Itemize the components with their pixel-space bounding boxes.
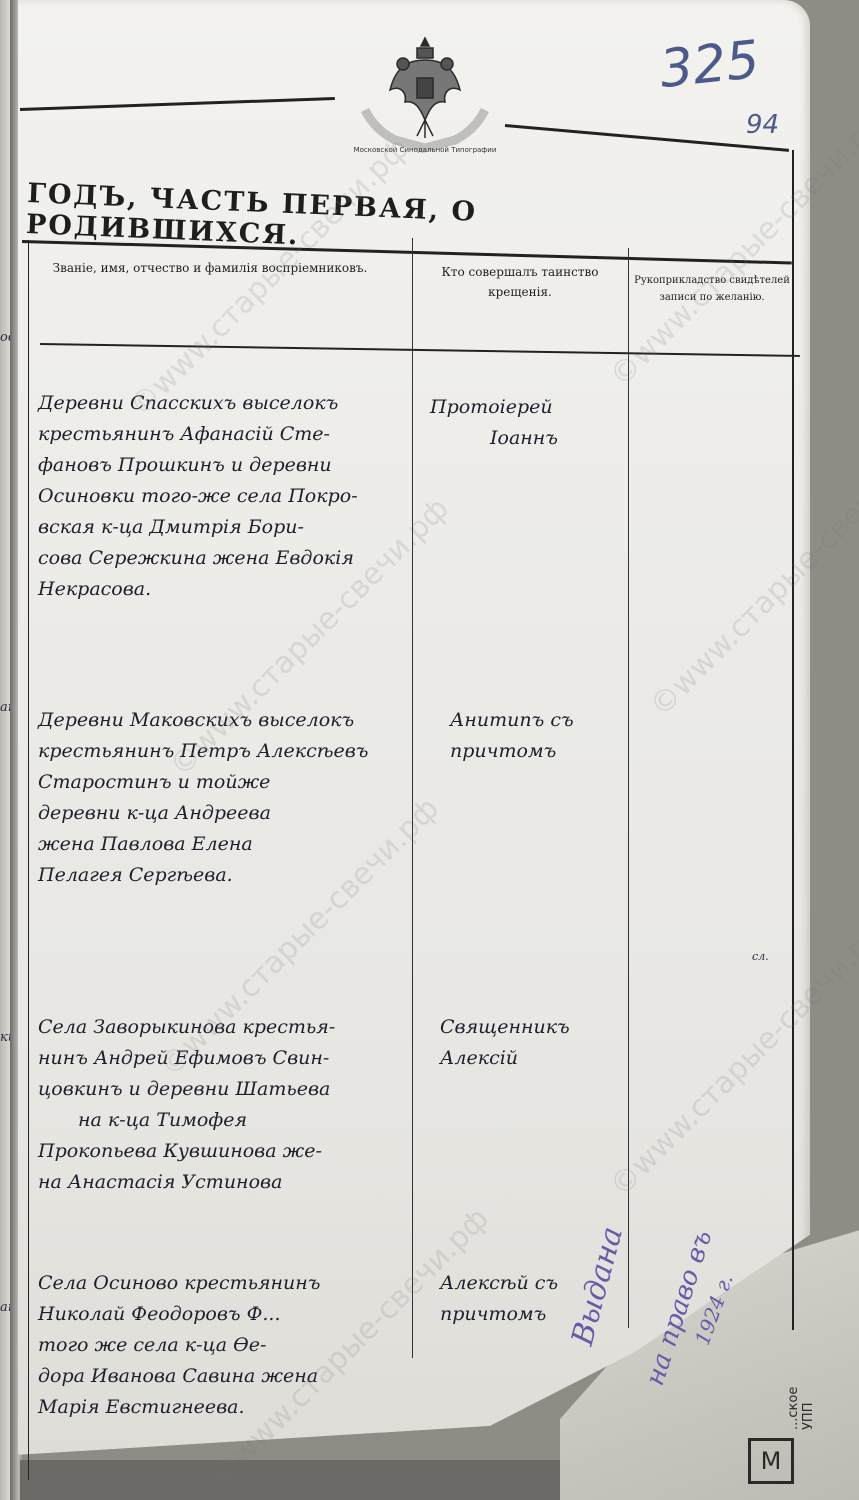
page-border-left — [28, 240, 29, 1480]
page-number-secondary: 94 — [746, 110, 779, 140]
godparents-entry: Деревни Маковскихъ выселокъкрестьянинъ П… — [38, 705, 368, 891]
book-gutter — [10, 0, 18, 1500]
priest-entry: ПротоіерейІоаннъ — [430, 392, 558, 454]
column-header-godparents: Званіе, имя, отчество и фамилія воспріем… — [40, 258, 380, 278]
priest-entry: Алексѣй съпричтомъ — [440, 1268, 558, 1330]
godparents-entry: Деревни Спасскихъ выселокъкрестьянинъ Аф… — [38, 388, 358, 605]
margin-mark: сл. — [752, 950, 769, 964]
priest-entry: Анитипъ съпричтомъ — [450, 705, 574, 767]
column-divider — [412, 238, 413, 1358]
column-header-witnesses: Рукоприкладство свидѣтелей записи по жел… — [632, 272, 792, 306]
page-border-right — [792, 150, 794, 1330]
page-number: 325 — [657, 30, 762, 100]
stamp-label: ...ское УПП — [786, 1357, 816, 1430]
svg-text:Московской Синодальной Типогра: Московской Синодальной Типографии — [354, 146, 497, 154]
godparents-entry: Села Осиново крестьянинъНиколай Феодоров… — [38, 1268, 320, 1423]
column-divider — [628, 248, 629, 1328]
godparents-entry: Села Заворыкинова крестья-нинъ Андрей Еф… — [38, 1012, 335, 1198]
stamp-logo-icon: М — [748, 1438, 794, 1484]
column-header-priest: Кто совершалъ таинство крещенія. — [420, 262, 620, 303]
double-headed-eagle-emblem-icon: Московской Синодальной Типографии — [345, 30, 505, 160]
priest-entry: СвященникъАлексій — [440, 1012, 570, 1074]
